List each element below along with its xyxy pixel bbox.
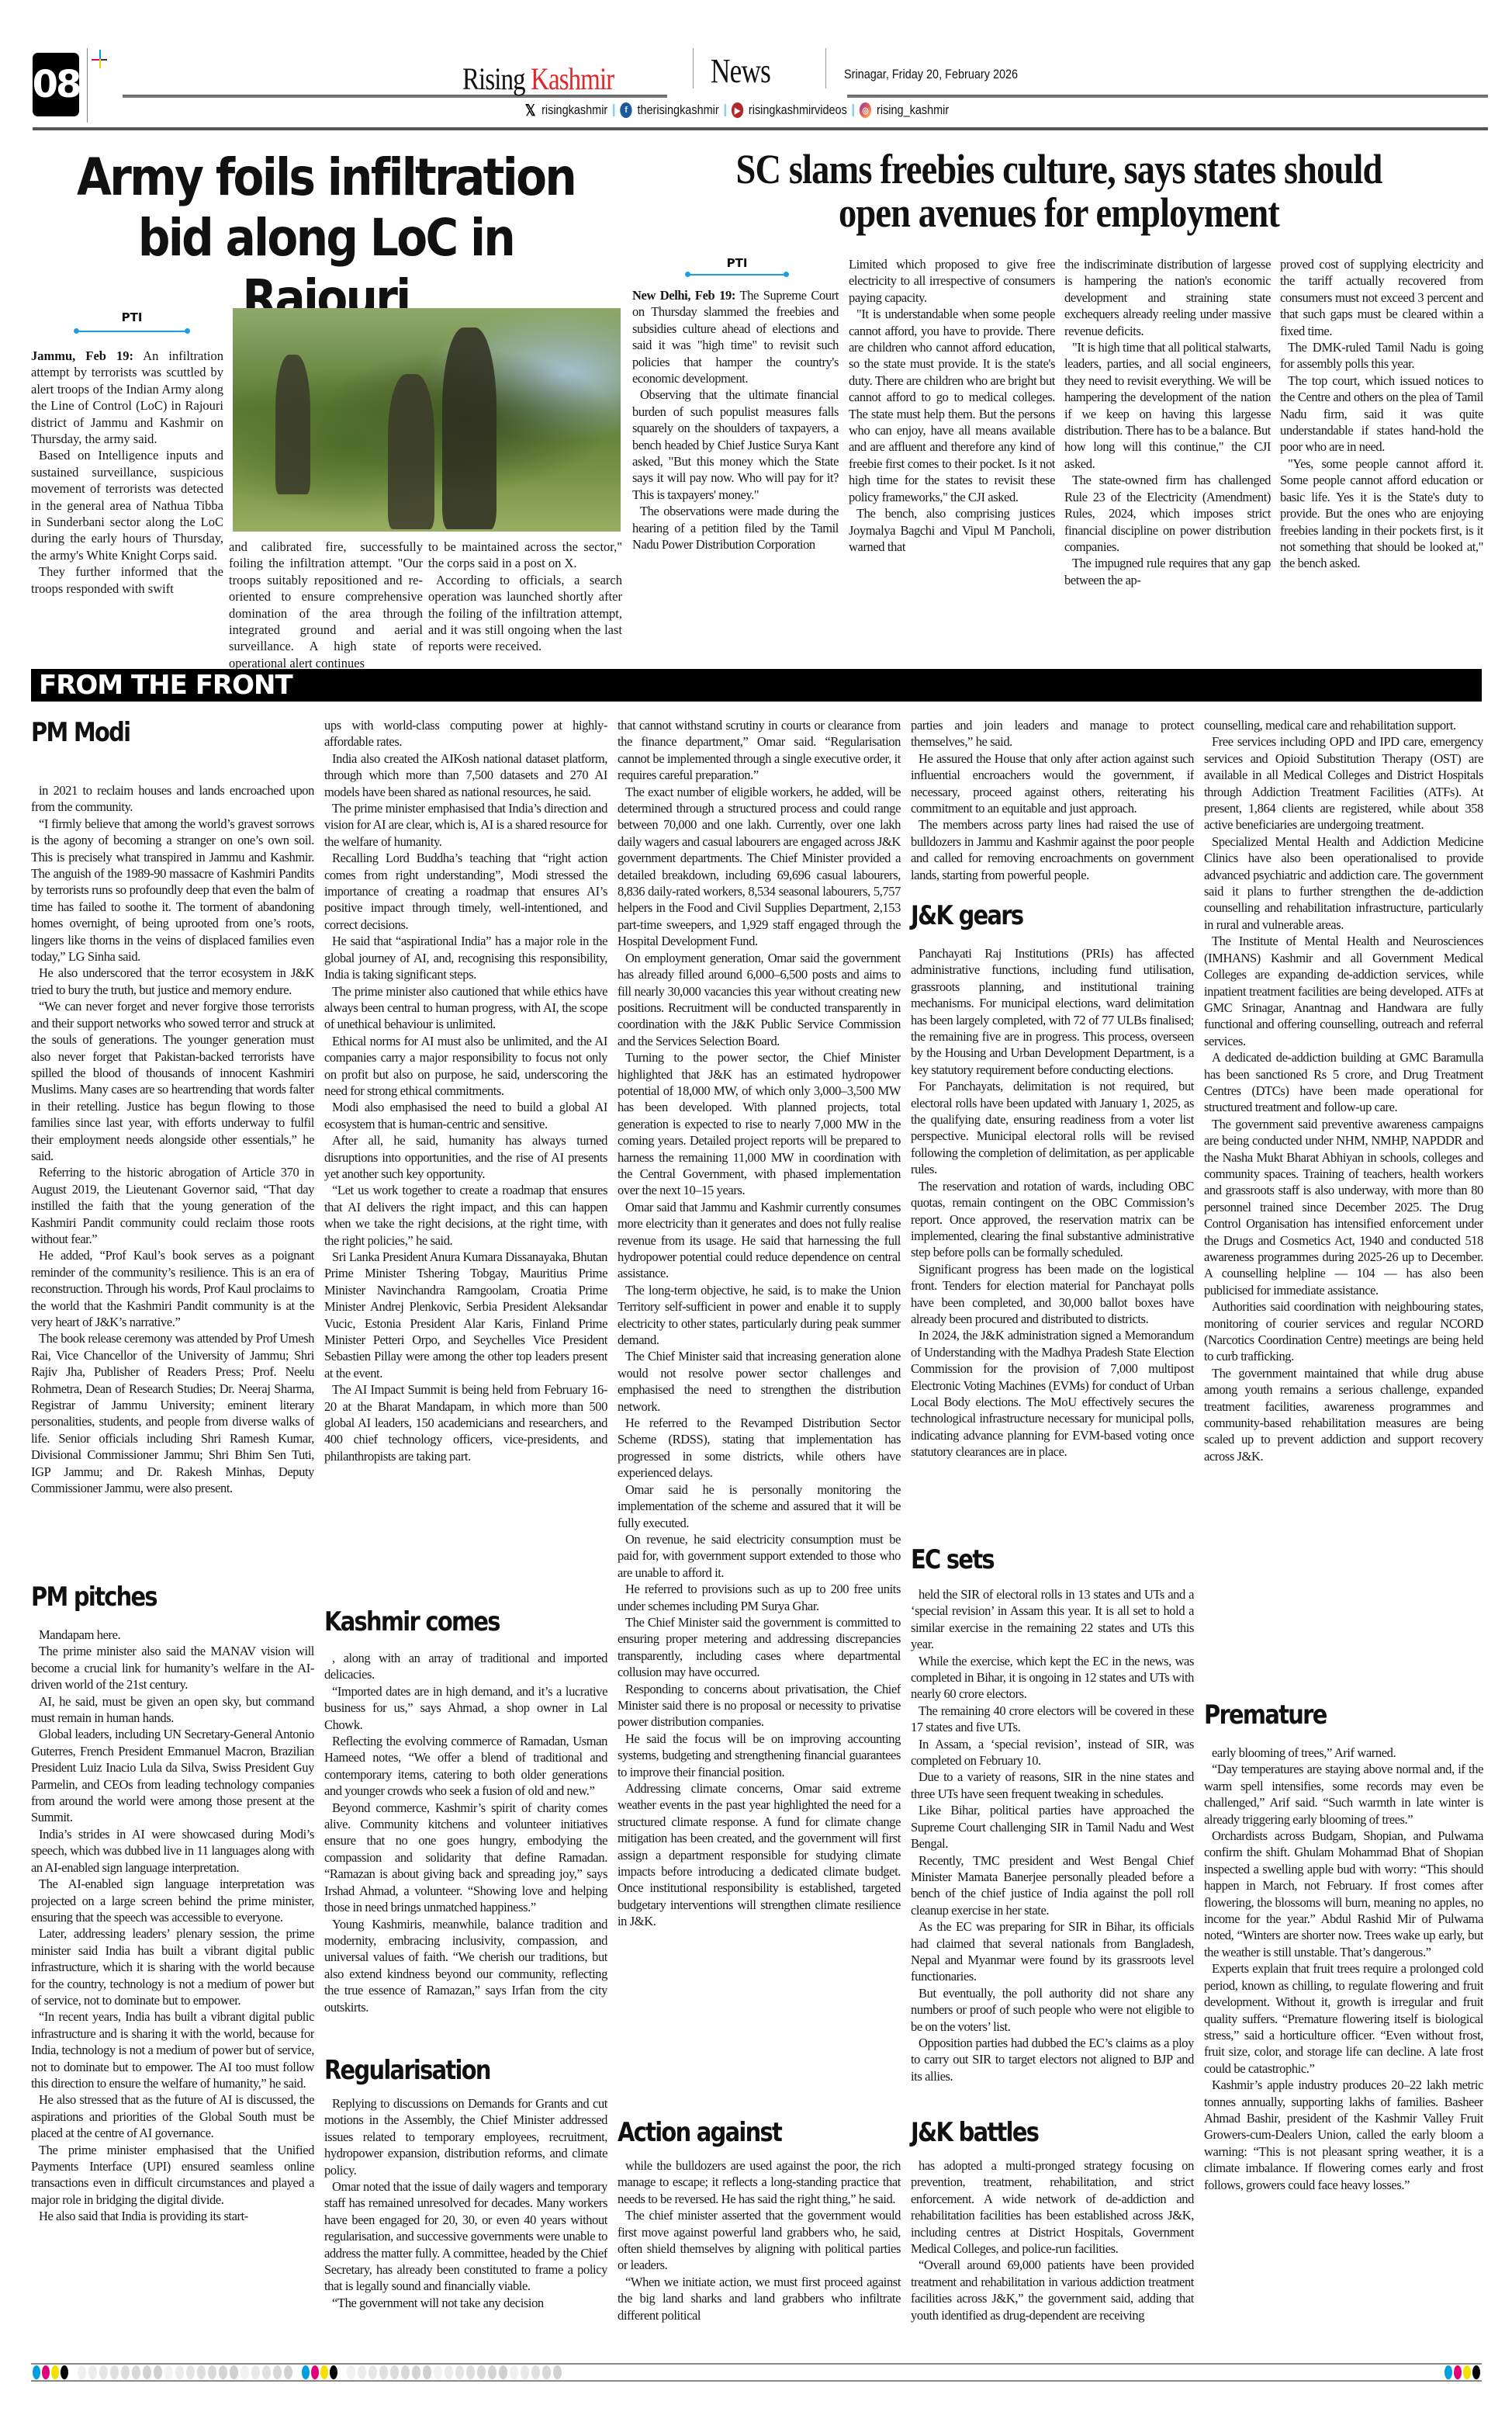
paragraph: Kashmir’s apple industry produces 20–22 … xyxy=(1204,2077,1483,2193)
headline-line-1: SC slams freebies culture, says states s… xyxy=(736,146,1382,192)
paragraph: The AI-enabled sign language interpretat… xyxy=(31,1876,314,1925)
army-column-2: and calibrated fire, successfully foilin… xyxy=(229,539,423,678)
paragraph: Jammu, Feb 19: An infiltration attempt b… xyxy=(31,348,223,447)
paragraph: Observing that the ultimate financial bu… xyxy=(632,386,839,503)
paragraph: He also stressed that as the future of A… xyxy=(31,2091,314,2141)
front-column-1-top: in 2021 to reclaim houses and lands encr… xyxy=(31,782,314,1575)
magenta-swatch-icon xyxy=(311,2365,319,2379)
black-swatch-icon xyxy=(330,2365,337,2379)
paragraph: ups with world-class computing power at … xyxy=(324,717,607,750)
front-column-4-lower: held the SIR of electoral rolls in 13 st… xyxy=(911,1586,1194,2091)
paragraph: Orchardists across Budgam, Shopian, and … xyxy=(1204,1828,1483,1960)
paragraph: The exact number of eligible workers, he… xyxy=(618,784,901,950)
front-column-5-top: counselling, medical care and rehabilita… xyxy=(1204,717,1483,1700)
paragraph: The observations were made during the he… xyxy=(632,503,839,553)
paragraph: The prime minister also cautioned that w… xyxy=(324,983,607,1033)
byline: PTI xyxy=(698,256,776,270)
paragraph: “Day temperatures are staying above norm… xyxy=(1204,1761,1483,1828)
paragraph: On revenue, he said electricity consumpt… xyxy=(618,1531,901,1581)
separator xyxy=(724,104,726,116)
dateline: Jammu, Feb 19: xyxy=(31,348,133,363)
front-column-1-bottom: Mandapam here. The prime minister also s… xyxy=(31,1627,314,2351)
paragraph: But eventually, the poll authority did n… xyxy=(911,1985,1194,2035)
paragraph: The state-owned firm has challenged Rule… xyxy=(1064,472,1271,555)
paragraph: proved cost of supplying electricity and… xyxy=(1280,256,1483,339)
magenta-swatch-icon xyxy=(1454,2365,1462,2379)
byline-rule xyxy=(76,331,188,332)
grey-tint-swatches xyxy=(78,2365,292,2379)
logo-kashmir: Kashmir xyxy=(531,61,614,96)
cmyk-swatch-group xyxy=(302,2365,337,2380)
cyan-swatch-icon xyxy=(302,2365,310,2379)
headline-line-1: Army foils infiltration xyxy=(77,147,575,207)
paragraph: The chief minister asserted that the gov… xyxy=(618,2207,901,2274)
paragraph: Opposition parties had dubbed the EC’s c… xyxy=(911,2035,1194,2084)
sc-column-3: the indiscriminate distribution of large… xyxy=(1064,256,1271,675)
paragraph: On employment generation, Omar said the … xyxy=(618,950,901,1049)
facebook-icon: f xyxy=(620,102,631,118)
paragraph: The remaining 40 crore electors will be … xyxy=(911,1703,1194,1736)
paragraph: Reflecting the evolving commerce of Rama… xyxy=(324,1733,607,1800)
soldier-figure xyxy=(275,355,310,494)
subhead-kashmir-comes[interactable]: Kashmir comes xyxy=(324,1606,500,1637)
cyan-swatch-icon xyxy=(33,2365,40,2379)
headline: Army foils infiltration bid along LoC in… xyxy=(53,147,599,329)
paragraph: For Panchayats, delimitation is not requ… xyxy=(911,1078,1194,1177)
front-column-2-bottom: Replying to discussions on Demands for G… xyxy=(324,2095,607,2351)
paragraph: Based on Intelligence inputs and sustain… xyxy=(31,447,223,563)
paragraph: held the SIR of electoral rolls in 13 st… xyxy=(911,1586,1194,1653)
logo-rising: Rising xyxy=(462,61,531,96)
print-color-bar xyxy=(31,2363,1482,2382)
paragraph: The government said preventive awareness… xyxy=(1204,1116,1483,1298)
paragraph: “Overall around 69,000 patients have bee… xyxy=(911,2257,1194,2323)
yellow-swatch-icon xyxy=(320,2365,328,2379)
paragraph: "It is high time that all political stal… xyxy=(1064,339,1271,472)
news-photo-soldiers xyxy=(233,308,621,532)
paragraph: Significant progress has been made on th… xyxy=(911,1261,1194,1328)
paragraph: New Delhi, Feb 19: The Supreme Court on … xyxy=(632,287,839,386)
sc-column-1: New Delhi, Feb 19: The Supreme Court on … xyxy=(632,287,839,675)
social-handle-facebook[interactable]: therisingkashmir xyxy=(637,102,718,118)
separator xyxy=(853,104,855,116)
paragraph: the indiscriminate distribution of large… xyxy=(1064,256,1271,339)
paragraph: Ethical norms for AI must also be unlimi… xyxy=(324,1033,607,1100)
paragraph: A dedicated de-addiction building at GMC… xyxy=(1204,1049,1483,1116)
paragraph: The book release ceremony was attended b… xyxy=(31,1330,314,1496)
front-column-2-top: ups with world-class computing power at … xyxy=(324,717,607,1575)
paragraph: He said that “aspirational India” has a … xyxy=(324,933,607,982)
paragraph: The members across party lines had raise… xyxy=(911,816,1194,883)
army-column-1: Jammu, Feb 19: An infiltration attempt b… xyxy=(31,348,223,678)
paragraph: The top court, which issued notices to t… xyxy=(1280,372,1483,456)
paragraph: After all, he said, humanity has always … xyxy=(324,1132,607,1182)
subhead-pm-modi[interactable]: PM Modi xyxy=(31,717,130,748)
paragraph: The prime minister also said the MANAV v… xyxy=(31,1643,314,1693)
paragraph: Omar said he is personally monitoring th… xyxy=(618,1481,901,1531)
separator xyxy=(613,104,615,116)
paragraph: , along with an array of traditional and… xyxy=(324,1650,607,1683)
paragraph: Replying to discussions on Demands for G… xyxy=(324,2095,607,2178)
paragraph: He referred to the Revamped Distribution… xyxy=(618,1415,901,1481)
paragraph: The AI Impact Summit is being held from … xyxy=(324,1381,607,1464)
paragraph: Omar noted that the issue of daily wager… xyxy=(324,2178,607,2295)
paragraph: Turning to the power sector, the Chief M… xyxy=(618,1049,901,1199)
cmyk-swatch-group xyxy=(1445,2365,1480,2380)
newspaper-logo: Rising Kashmir xyxy=(462,61,614,97)
paragraph: Responding to concerns about privatisati… xyxy=(618,1681,901,1731)
byline: PTI xyxy=(85,310,178,324)
paragraph: Modi also emphasised the need to build a… xyxy=(324,1099,607,1132)
subhead-regularisation[interactable]: Regularisation xyxy=(324,2055,490,2086)
front-column-4-middle: Panchayati Raj Institutions (PRIs) has a… xyxy=(911,945,1194,1569)
paragraph: The Chief Minister said that increasing … xyxy=(618,1348,901,1415)
paragraph: and calibrated fire, successfully foilin… xyxy=(229,539,423,671)
headline: SC slams freebies culture, says states s… xyxy=(645,147,1472,234)
paragraph: He added, “Prof Kaul’s book serves as a … xyxy=(31,1247,314,1330)
social-handles: 𝕏 risingkashmir f therisingkashmir ▶ ris… xyxy=(524,102,949,118)
paragraph: The prime minister emphasised that India… xyxy=(324,800,607,850)
paragraph: “We can never forget and never forgive t… xyxy=(31,998,314,1164)
subhead-action-against[interactable]: Action against xyxy=(618,2117,781,2148)
front-column-4-bottom: has adopted a multi-pronged strategy foc… xyxy=(911,2157,1194,2351)
paragraph: AI, he said, must be given an open sky, … xyxy=(31,1693,314,1727)
front-column-4-top: parties and join leaders and manage to p… xyxy=(911,717,1194,903)
front-column-2-middle: , along with an array of traditional and… xyxy=(324,1650,607,2053)
page-number: 08 xyxy=(33,53,79,116)
divider xyxy=(693,48,694,88)
paragraph: Experts explain that fruit trees require… xyxy=(1204,1960,1483,2077)
paragraph: He also said that India is providing its… xyxy=(31,2208,314,2224)
paragraph: to be maintained across the sector," the… xyxy=(428,539,622,572)
paragraph: in 2021 to reclaim houses and lands encr… xyxy=(31,782,314,816)
paragraph: As the EC was preparing for SIR in Bihar… xyxy=(911,1918,1194,1985)
social-handle-instagram[interactable]: rising_kashmir xyxy=(877,102,949,118)
youtube-icon: ▶ xyxy=(732,102,743,118)
paragraph: parties and join leaders and manage to p… xyxy=(911,717,1194,750)
paragraph: The government maintained that while dru… xyxy=(1204,1365,1483,1464)
paragraph: In Assam, a ‘special revision’, instead … xyxy=(911,1736,1194,1769)
paragraph: Later, addressing leaders’ plenary sessi… xyxy=(31,1925,314,2008)
paragraph: “In recent years, India has built a vibr… xyxy=(31,2008,314,2091)
paragraph: Recalling Lord Buddha’s teaching that “r… xyxy=(324,850,607,933)
paragraph: The Chief Minister said the government i… xyxy=(618,1614,901,1681)
paragraph: Addressing climate concerns, Omar said e… xyxy=(618,1780,901,1930)
dateline: Srinagar, Friday 20, February 2026 xyxy=(844,67,1018,82)
black-swatch-icon xyxy=(1472,2365,1480,2379)
paragraph: Sri Lanka President Anura Kumara Dissana… xyxy=(324,1249,607,1381)
paragraph: Panchayati Raj Institutions (PRIs) has a… xyxy=(911,945,1194,1078)
paragraph: Due to a variety of reasons, SIR in the … xyxy=(911,1769,1194,1802)
paragraph: Like Bihar, political parties have appro… xyxy=(911,1802,1194,1852)
front-column-3-bottom: while the bulldozers are used against th… xyxy=(618,2157,901,2351)
social-handle-youtube[interactable]: risingkashmirvideos xyxy=(749,102,847,118)
paragraph: According to officials, a search operati… xyxy=(428,572,622,655)
paragraph: “When we initiate action, we must first … xyxy=(618,2274,901,2323)
paragraph: In 2024, the J&K administration signed a… xyxy=(911,1327,1194,1460)
dateline: New Delhi, Feb 19: xyxy=(632,288,735,303)
paragraph: The DMK-ruled Tamil Nadu is going for as… xyxy=(1280,339,1483,372)
paragraph: He said the focus will be on improving a… xyxy=(618,1731,901,1780)
paragraph: Mandapam here. xyxy=(31,1627,314,1643)
subhead-pm-pitches[interactable]: PM pitches xyxy=(31,1582,157,1613)
paragraph: “I firmly believe that among the world’s… xyxy=(31,816,314,965)
subhead-premature[interactable]: Premature xyxy=(1204,1700,1327,1731)
paragraph: India also created the AIKosh national d… xyxy=(324,750,607,800)
paragraph: He also underscored that the terror ecos… xyxy=(31,965,314,998)
social-handle-x[interactable]: risingkashmir xyxy=(541,102,607,118)
paragraph: The long-term objective, he said, is to … xyxy=(618,1282,901,1349)
paragraph: Referring to the historic abrogation of … xyxy=(31,1164,314,1247)
paragraph: “The government will not take any decisi… xyxy=(324,2295,607,2311)
masthead-bottom-rule xyxy=(33,127,1488,130)
paragraph: while the bulldozers are used against th… xyxy=(618,2157,901,2207)
divider xyxy=(825,48,826,88)
magenta-swatch-icon xyxy=(42,2365,50,2379)
paragraph: He assured the House that only after act… xyxy=(911,750,1194,817)
front-column-3-top: that cannot withstand scrutiny in courts… xyxy=(618,717,901,2114)
paragraph: Authorities said coordination with neigh… xyxy=(1204,1298,1483,1365)
byline-rule xyxy=(687,274,787,275)
paragraph: The reservation and rotation of wards, i… xyxy=(911,1178,1194,1261)
paragraph: Recently, TMC president and West Bengal … xyxy=(911,1852,1194,1919)
headline-line-2: open avenues for employment xyxy=(839,189,1279,236)
paragraph: has adopted a multi-pronged strategy foc… xyxy=(911,2157,1194,2257)
subhead-ec-sets[interactable]: EC sets xyxy=(911,1544,994,1575)
registration-mark-icon xyxy=(92,50,109,70)
paragraph: The impugned rule requires that any gap … xyxy=(1064,555,1271,588)
yellow-swatch-icon xyxy=(51,2365,59,2379)
yellow-swatch-icon xyxy=(1463,2365,1471,2379)
paragraph: "Yes, some people cannot afford it. Some… xyxy=(1280,456,1483,572)
cmyk-swatch-group xyxy=(33,2365,68,2380)
paragraph: The Institute of Mental Health and Neuro… xyxy=(1204,933,1483,1049)
paragraph: Free services including OPD and IPD care… xyxy=(1204,733,1483,833)
sc-column-2: Limited which proposed to give free elec… xyxy=(849,256,1055,675)
paragraph: Specialized Mental Health and Addiction … xyxy=(1204,833,1483,933)
soldier-figure xyxy=(388,374,434,529)
paragraph: India’s strides in AI were showcased dur… xyxy=(31,1826,314,1876)
paragraph: Beyond commerce, Kashmir’s spirit of cha… xyxy=(324,1800,607,1916)
masthead-rule-right xyxy=(847,95,1488,98)
x-icon: 𝕏 xyxy=(524,102,536,118)
front-column-5-bottom: early blooming of trees,” Arif warned. “… xyxy=(1204,1745,1483,2351)
divider xyxy=(87,48,88,123)
sc-column-4: proved cost of supplying electricity and… xyxy=(1280,256,1483,675)
paragraph: “Imported dates are in high demand, and … xyxy=(324,1683,607,1733)
instagram-icon: ◎ xyxy=(860,102,871,118)
paragraph: Limited which proposed to give free elec… xyxy=(849,256,1055,306)
grey-tint-swatches xyxy=(347,2365,562,2379)
paragraph: Global leaders, including UN Secretary-G… xyxy=(31,1726,314,1825)
subhead-jk-battles[interactable]: J&K battles xyxy=(911,2117,1038,2148)
soldier-figure xyxy=(442,327,497,529)
paragraph: They further informed that the troops re… xyxy=(31,563,223,597)
section-title: News xyxy=(711,51,770,91)
paragraph: He referred to provisions such as up to … xyxy=(618,1581,901,1614)
masthead: 08 Rising Kashmir News Srinagar, Friday … xyxy=(0,0,1512,132)
paragraph: that cannot withstand scrutiny in courts… xyxy=(618,717,901,784)
paragraph: "It is understandable when some people c… xyxy=(849,306,1055,505)
army-column-3: to be maintained across the sector," the… xyxy=(428,539,622,678)
paragraph: While the exercise, which kept the EC in… xyxy=(911,1653,1194,1703)
section-band-from-the-front: FROM THE FRONT xyxy=(31,669,1482,702)
paragraph: The prime minister emphasised that the U… xyxy=(31,2142,314,2209)
paragraph: “Let us work together to create a roadma… xyxy=(324,1182,607,1249)
black-swatch-icon xyxy=(61,2365,68,2379)
paragraph: counselling, medical care and rehabilita… xyxy=(1204,717,1483,733)
paragraph: early blooming of trees,” Arif warned. xyxy=(1204,1745,1483,1761)
paragraph: Omar said that Jammu and Kashmir current… xyxy=(618,1199,901,1282)
paragraph: Young Kashmiris, meanwhile, balance trad… xyxy=(324,1916,607,2015)
paragraph: The bench, also comprising justices Joym… xyxy=(849,505,1055,555)
cyan-swatch-icon xyxy=(1445,2365,1452,2379)
subhead-jk-gears[interactable]: J&K gears xyxy=(911,900,1022,931)
